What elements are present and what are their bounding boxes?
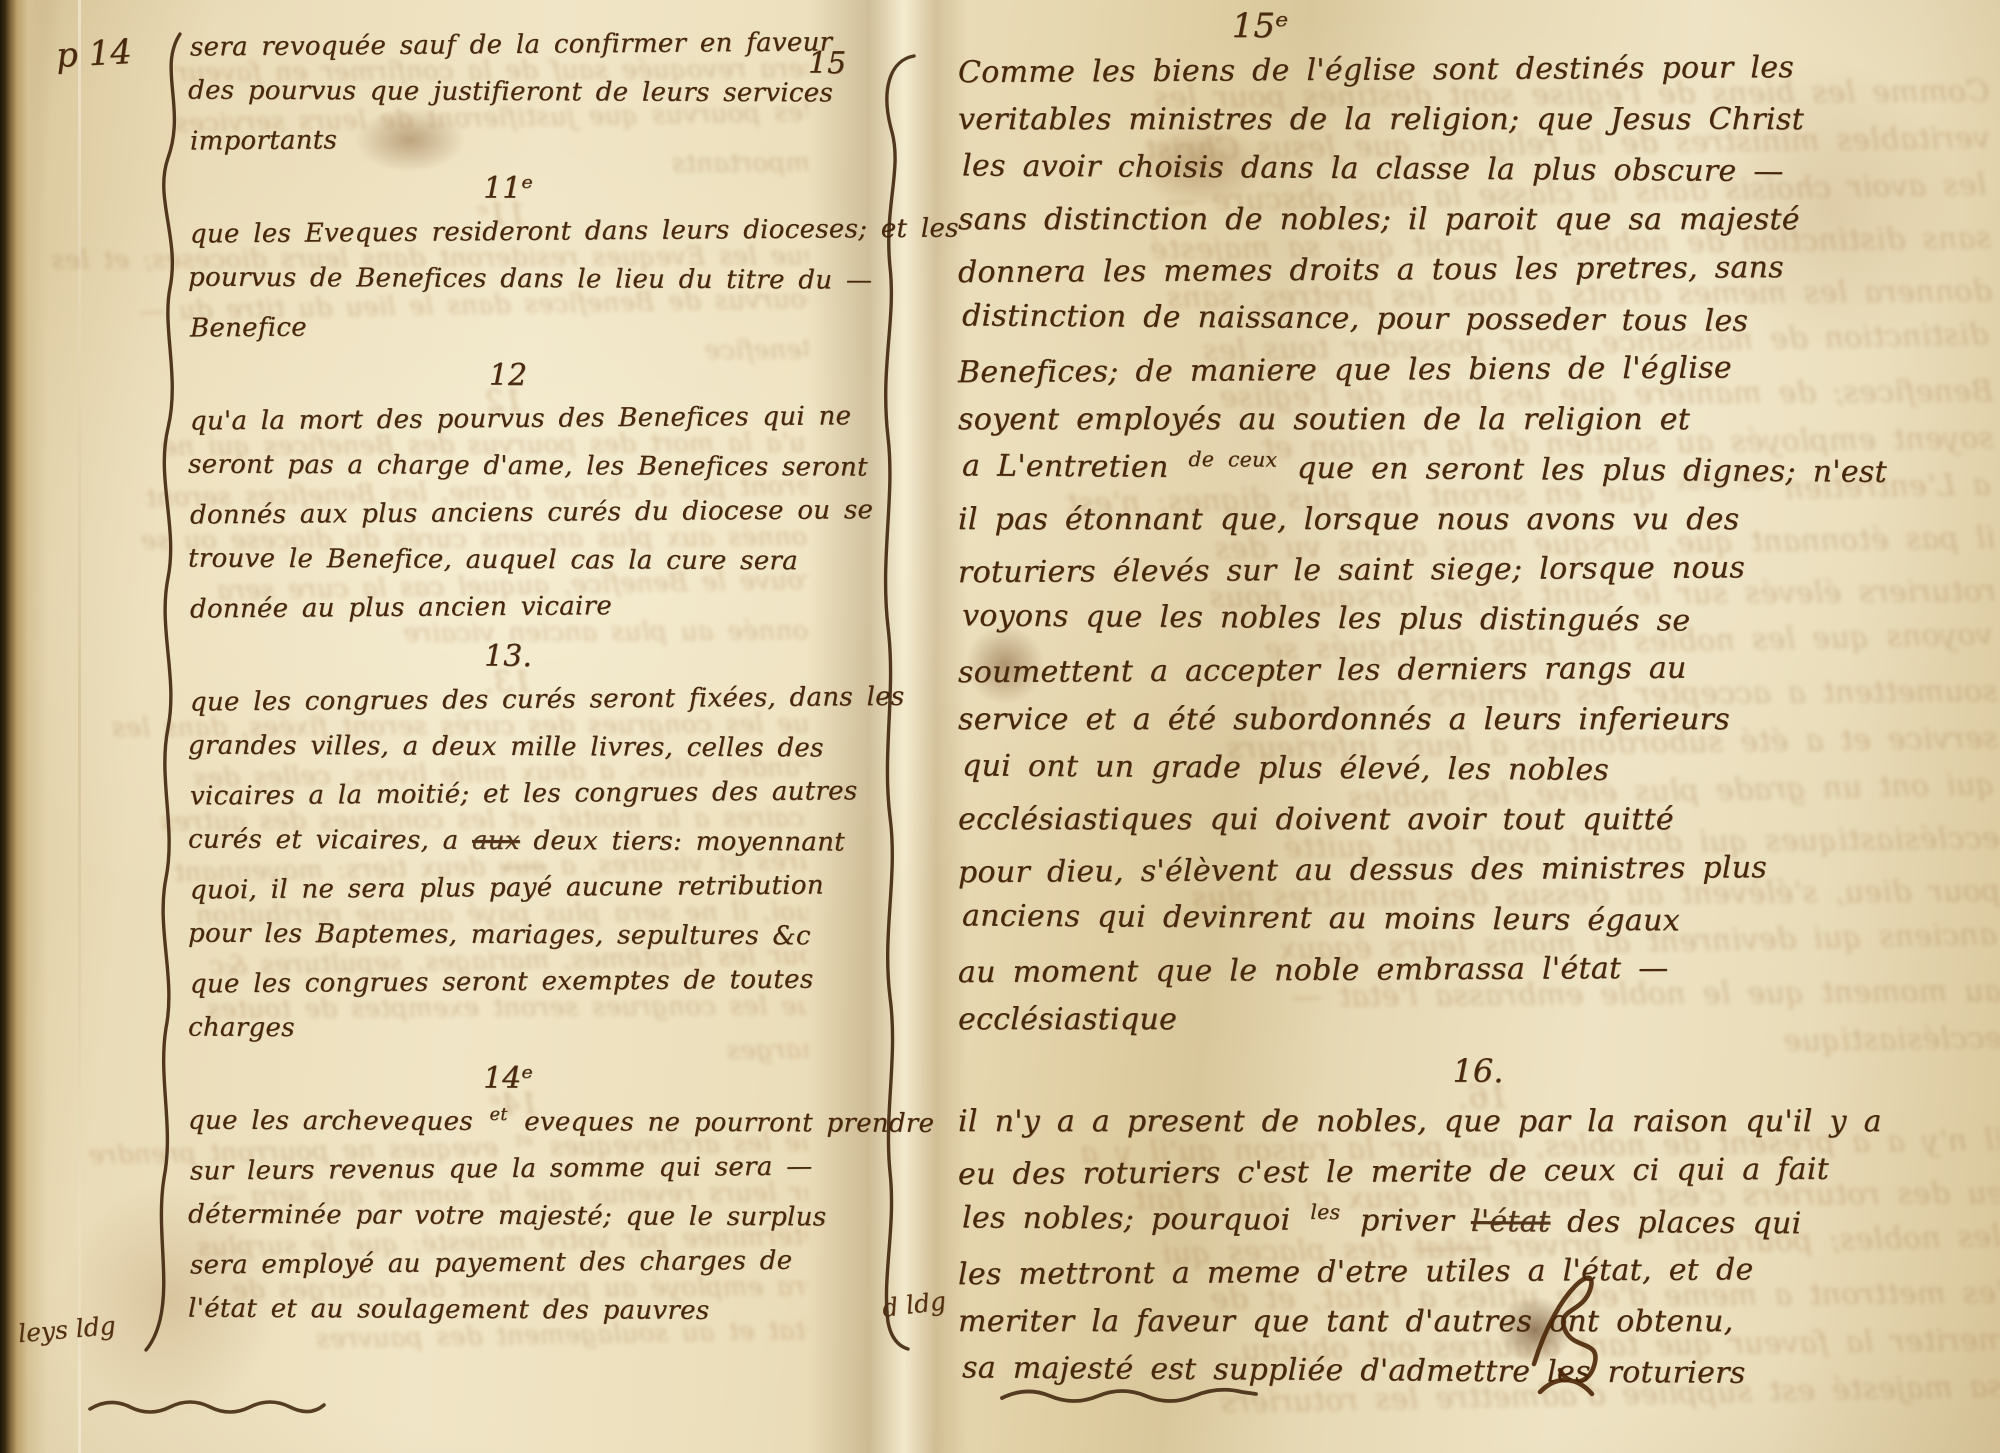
manuscript-line: voyons que les nobles les plus distingué… xyxy=(962,598,2000,655)
struck-word: l'état xyxy=(1471,1204,1551,1240)
manuscript-line: qu'a la mort des pourvus des Benefices q… xyxy=(190,401,830,453)
manuscript-line: sera employé au payement des charges de xyxy=(190,1245,830,1297)
manuscript-line: déterminée par votre majesté; que le sur… xyxy=(188,1200,828,1250)
manuscript-line: l'état et au soulagement des pauvres xyxy=(188,1294,828,1344)
manuscript-line: il n'y a a present de nobles, que par la… xyxy=(958,1104,1998,1154)
right-page-text: Comme les biens de l'église sont destiné… xyxy=(958,52,1998,1404)
manuscript-line: au moment que le noble embrassa l'état — xyxy=(958,949,1998,1005)
manuscript-line: charges xyxy=(188,1013,828,1063)
manuscript-line: sera revoquée sauf de la confirmer en fa… xyxy=(190,27,830,79)
manuscript-line: soumettent a accepter les derniers rangs… xyxy=(958,649,1998,705)
manuscript-line: donnés aux plus anciens curés du diocese… xyxy=(190,495,830,547)
book-binding-edge xyxy=(0,0,48,1453)
manuscript-line: vicaires a la moitié; et les congrues de… xyxy=(190,776,830,828)
manuscript-line: ecclésiastiques qui doivent avoir tout q… xyxy=(958,802,1998,852)
manuscript-line: donnée au plus ancien vicaire xyxy=(190,589,830,641)
left-page: sera revoquée sauf de la confirmer en fa… xyxy=(48,0,808,1453)
manuscript-line: roturiers élevés sur le saint siege; lor… xyxy=(958,549,1998,605)
manuscript-line: sa majesté est suppliée d'admettre les r… xyxy=(962,1350,2000,1407)
manuscript-line: Benefice xyxy=(190,308,830,360)
manuscript-line: pourvus de Benefices dans le lieu du tit… xyxy=(188,263,828,313)
manuscript-line: qui ont un grade plus élevé, les nobles xyxy=(962,748,2000,805)
ink-flourish-left xyxy=(88,1395,328,1419)
manuscript-line: des pourvus que justifieront de leurs se… xyxy=(188,76,828,126)
manuscript-line: grandes villes, a deux mille livres, cel… xyxy=(188,731,828,781)
struck-word: aux xyxy=(472,826,520,856)
manuscript-line: veritables ministres de la religion; que… xyxy=(958,102,1998,152)
article-number: 16. xyxy=(958,1052,1998,1104)
manuscript-line: importants xyxy=(190,121,830,173)
manuscript-line: pour les Baptemes, mariages, sepultures … xyxy=(188,919,828,969)
manuscript-line: les nobles; pourquoi les priver l'état d… xyxy=(962,1200,2000,1257)
article-number: 14ᵉ xyxy=(188,1061,828,1107)
article-number: 13. xyxy=(188,639,828,685)
manuscript-scan: { "document": { "kind": "handwritten man… xyxy=(0,0,2000,1453)
manuscript-line: service et a été subordonnés a leurs inf… xyxy=(958,702,1998,752)
interlinear-insertion: les xyxy=(1310,1200,1340,1224)
article-number: 12 xyxy=(188,358,828,404)
corner-note-right: d ldg xyxy=(880,1286,947,1323)
manuscript-line: sans distinction de nobles; il paroit qu… xyxy=(958,202,1998,252)
manuscript-line: Comme les biens de l'église sont destiné… xyxy=(958,49,1998,105)
manuscript-line: que les Eveques resideront dans leurs di… xyxy=(190,214,830,266)
manuscript-line: meriter la faveur que tant d'autres ont … xyxy=(958,1304,1998,1354)
right-page: Comme les biens de l'église sont destiné… xyxy=(880,0,2000,1453)
manuscript-line: les avoir choisis dans la classe la plus… xyxy=(962,148,2000,205)
manuscript-line: ecclésiastique xyxy=(958,1002,1998,1052)
manuscript-line: donnera les memes droits a tous les pret… xyxy=(958,249,1998,305)
manuscript-line: a L'entretien de ceux que en seront les … xyxy=(962,448,2000,505)
manuscript-line: eu des roturiers c'est le merite de ceux… xyxy=(958,1151,1998,1207)
margin-number-15: 15 xyxy=(808,46,846,81)
interlinear-insertion: de ceux xyxy=(1188,447,1277,472)
manuscript-line: les mettront a meme d'etre utiles a l'ét… xyxy=(958,1251,1998,1307)
manuscript-line: il pas étonnant que, lorsque nous avons … xyxy=(958,502,1998,552)
interlinear-insertion: et xyxy=(489,1105,507,1125)
article-number: 11ᵉ xyxy=(188,171,828,217)
manuscript-line: distinction de naissance, pour posseder … xyxy=(962,298,2000,355)
manuscript-line: seront pas a charge d'ame, les Benefices… xyxy=(188,450,828,500)
left-page-text: sera revoquée sauf de la confirmer en fa… xyxy=(188,30,828,1342)
manuscript-line: que les congrues des curés seront fixées… xyxy=(190,682,830,734)
manuscript-line: quoi, il ne sera plus payé aucune retrib… xyxy=(190,870,830,922)
manuscript-line: sur leurs revenus que la somme qui sera … xyxy=(190,1151,830,1203)
manuscript-line: pour dieu, s'élèvent au dessus des minis… xyxy=(958,849,1998,905)
manuscript-line: curés et vicaires, a aux deux tiers: moy… xyxy=(188,825,828,875)
manuscript-line: Benefices; de maniere que les biens de l… xyxy=(958,349,1998,405)
manuscript-line: trouve le Benefice, auquel cas la cure s… xyxy=(188,544,828,594)
manuscript-line: que les archeveques et eveques ne pourro… xyxy=(188,1106,828,1156)
page-number-label: p 14 xyxy=(55,32,133,76)
manuscript-line: soyent employés au soutien de la religio… xyxy=(958,402,1998,452)
manuscript-line: que les congrues seront exemptes de tout… xyxy=(190,964,830,1016)
manuscript-line: anciens qui devinrent au moins leurs éga… xyxy=(962,898,2000,955)
article-15-header: 15ᵉ xyxy=(1160,6,1360,46)
